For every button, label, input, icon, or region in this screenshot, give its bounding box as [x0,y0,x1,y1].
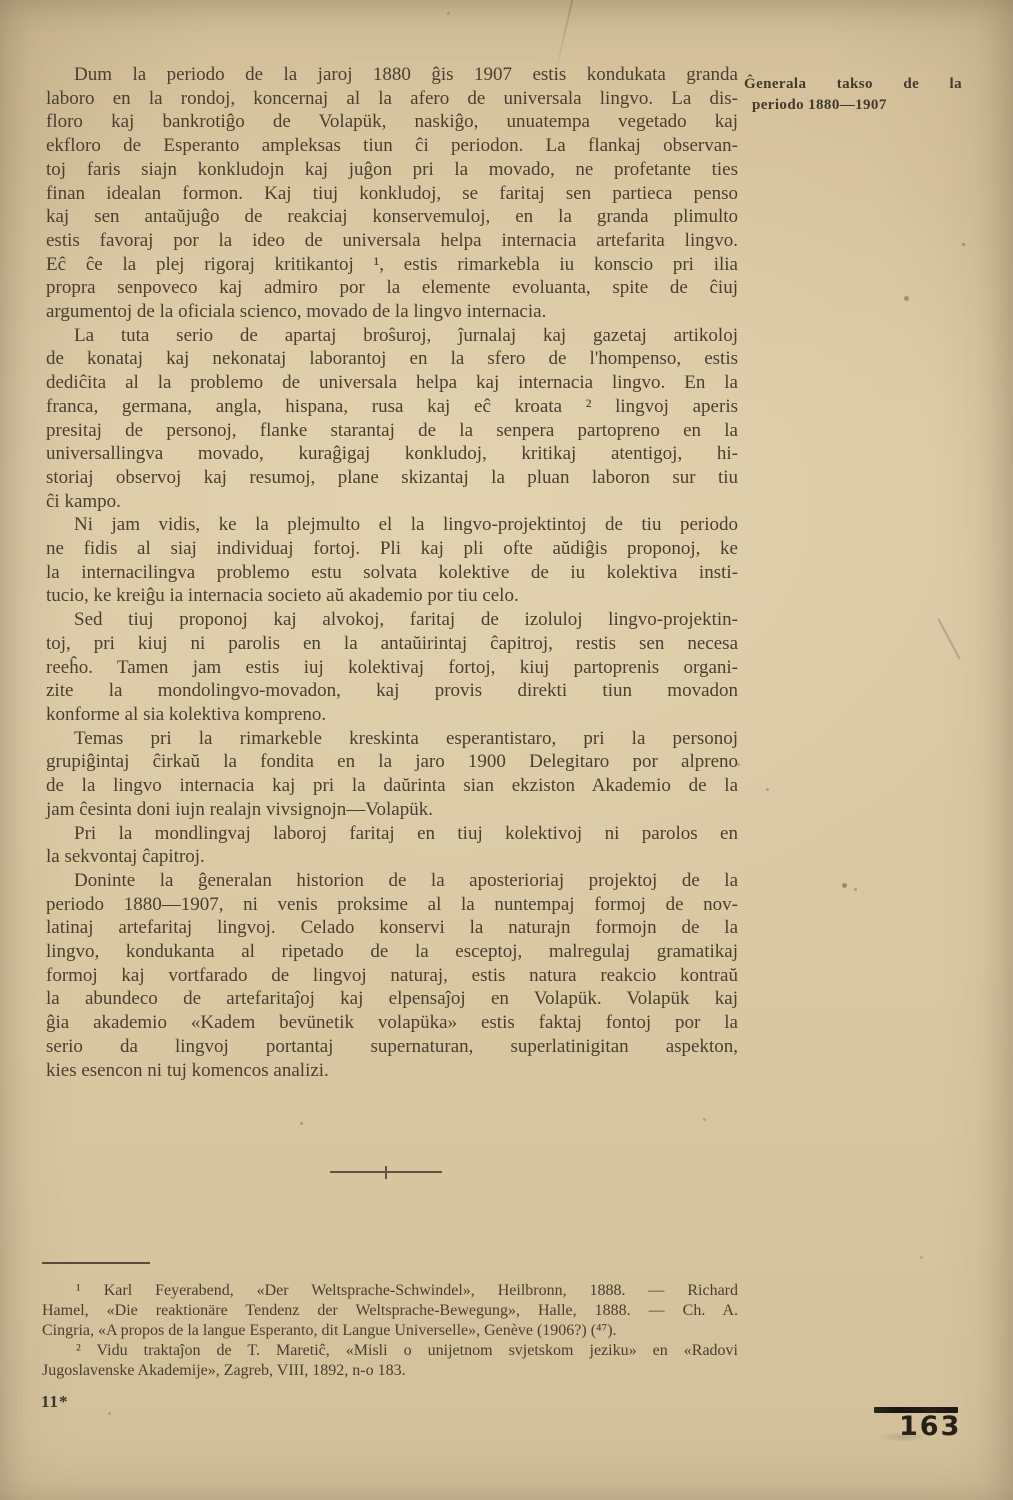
text-line: la internacilingva problemo estu solvata… [46,561,738,585]
text-line: lingvo, kondukanta al ripetado de la esc… [46,940,738,964]
text-line: universallingva movado, kuraĝigaj konklu… [46,442,738,466]
paragraph: Temas pri la rimarkeble kreskinta espera… [46,727,738,822]
text-line: ĉi kampo. [46,490,738,514]
text-line: formoj kaj vortfarado de lingvoj naturaj… [46,964,738,988]
text-line: laboro en la rondoj, koncernaj al la afe… [46,87,738,111]
text-line: dediĉita al la problemo de universala he… [46,371,738,395]
text-line: Sed tiuj proponoj kaj alvokoj, faritaj d… [46,608,738,632]
text-line: toj faris siajn konkludojn kaj juĝon pri… [46,158,738,182]
signature-mark: 11* [41,1392,69,1412]
footnote-line: Hamel, «Die reaktionäre Tendenz der Welt… [42,1301,738,1321]
text-line: serio da lingvoj portantaj supernaturan,… [46,1035,738,1059]
text-line: presitaj de personoj, flanke starantaj d… [46,419,738,443]
text-line: periodo 1880—1907, ni venis proksime al … [46,893,738,917]
scan-artifacts [0,0,3,3]
text-line: la sekvontaj ĉapitroj. [46,845,738,869]
text-line: zite la mondolingvo-movadon, kaj provis … [46,679,738,703]
text-line: Dum la periodo de la jaroj 1880 ĝis 1907… [46,63,738,87]
text-line: latinaj artefaritaj lingvoj. Celado kons… [46,916,738,940]
text-line: floro kaj bankrotiĝo de Volapük, naskiĝo… [46,110,738,134]
footnotes: ¹ Karl Feyerabend, «Der Weltsprache-Schw… [42,1281,738,1381]
text-line: Pri la mondlingvaj laboroj faritaj en ti… [46,822,738,846]
text-line: propra senpoveco kaj admiro por la eleme… [46,276,738,300]
text-line: ekfloro de Esperanto ampleksas tiun ĉi p… [46,134,738,158]
text-line: Doninte la ĝeneralan historion de la apo… [46,869,738,893]
margin-note-line: periodo 1880—1907 [744,95,962,116]
paper-scratch [937,618,960,660]
footnote-line: ¹ Karl Feyerabend, «Der Weltsprache-Schw… [42,1281,738,1301]
text-line: franca, germana, angla, hispana, rusa ka… [46,395,738,419]
text-line: tucio, ke kreiĝu ia internacia societo a… [46,584,738,608]
text-line: finan idealan formon. Kaj tiuj konkludoj… [46,182,738,206]
divider-tick [385,1166,387,1179]
paragraph: Pri la mondlingvaj laboroj faritaj en ti… [46,822,738,869]
book-page: Dum la periodo de la jaroj 1880 ĝis 1907… [0,0,1013,1500]
margin-note: Ĝenerala takso de la periodo 1880—1907 [744,74,962,116]
text-line: toj, pri kiuj ni parolis en la antaŭirin… [46,632,738,656]
text-line: de la lingvo internacia kaj pri la daŭri… [46,774,738,798]
text-line: storiaj observoj kaj resumoj, plane skiz… [46,466,738,490]
text-line: kaj sen antaŭjuĝo de reakciaj konservemu… [46,205,738,229]
paragraph: La tuta serio de apartaj broŝuroj, ĵurna… [46,324,738,514]
page-number: 163 [899,1412,961,1442]
paragraph: Doninte la ĝeneralan historion de la apo… [46,869,738,1082]
margin-note-line: Ĝenerala takso de la [744,74,962,95]
body-text: Dum la periodo de la jaroj 1880 ĝis 1907… [46,63,738,1082]
text-line: Eĉ ĉe la plej rigoraj kritikantoj ¹, est… [46,253,738,277]
text-line: Ni jam vidis, ke la plejmulto el la ling… [46,513,738,537]
footnote-rule [42,1262,150,1264]
text-line: La tuta serio de apartaj broŝuroj, ĵurna… [46,324,738,348]
text-line: estis favoraj por la ideo de universala … [46,229,738,253]
footnote-line: Cingria, «A propos de la langue Esperant… [42,1321,738,1341]
footnote-line: ² Vidu traktaĵon de T. Maretiĉ, «Misli o… [42,1341,738,1361]
text-line: Temas pri la rimarkeble kreskinta espera… [46,727,738,751]
paragraph: Ni jam vidis, ke la plejmulto el la ling… [46,513,738,608]
text-line: kies esencon ni tuj komencos analizi. [46,1059,738,1083]
text-line: la abundeco de artefaritaĵoj kaj elpensa… [46,987,738,1011]
text-line: reeĥo. Tamen jam estis iuj kolektivaj fo… [46,656,738,680]
text-line: jam ĉesinta doni iujn realajn vivsignojn… [46,798,738,822]
footnote-line: Jugoslavenske Akademije», Zagreb, VIII, … [42,1361,738,1381]
text-line: ne fidis al siaj individuaj fortoj. Pli … [46,537,738,561]
text-line: argumentoj de la oficiala scienco, movad… [46,300,738,324]
text-line: grupiĝintaj ĉirkaŭ la fondita en la jaro… [46,750,738,774]
paragraph: Sed tiuj proponoj kaj alvokoj, faritaj d… [46,608,738,727]
section-divider [330,1171,442,1173]
text-line: de konataj kaj nekonataj laborantoj en l… [46,347,738,371]
text-line: konforme al sia kolektiva kompreno. [46,703,738,727]
paragraph: Dum la periodo de la jaroj 1880 ĝis 1907… [46,63,738,324]
text-line: ĝia akademio «Kadem bevünetik volapüka» … [46,1011,738,1035]
